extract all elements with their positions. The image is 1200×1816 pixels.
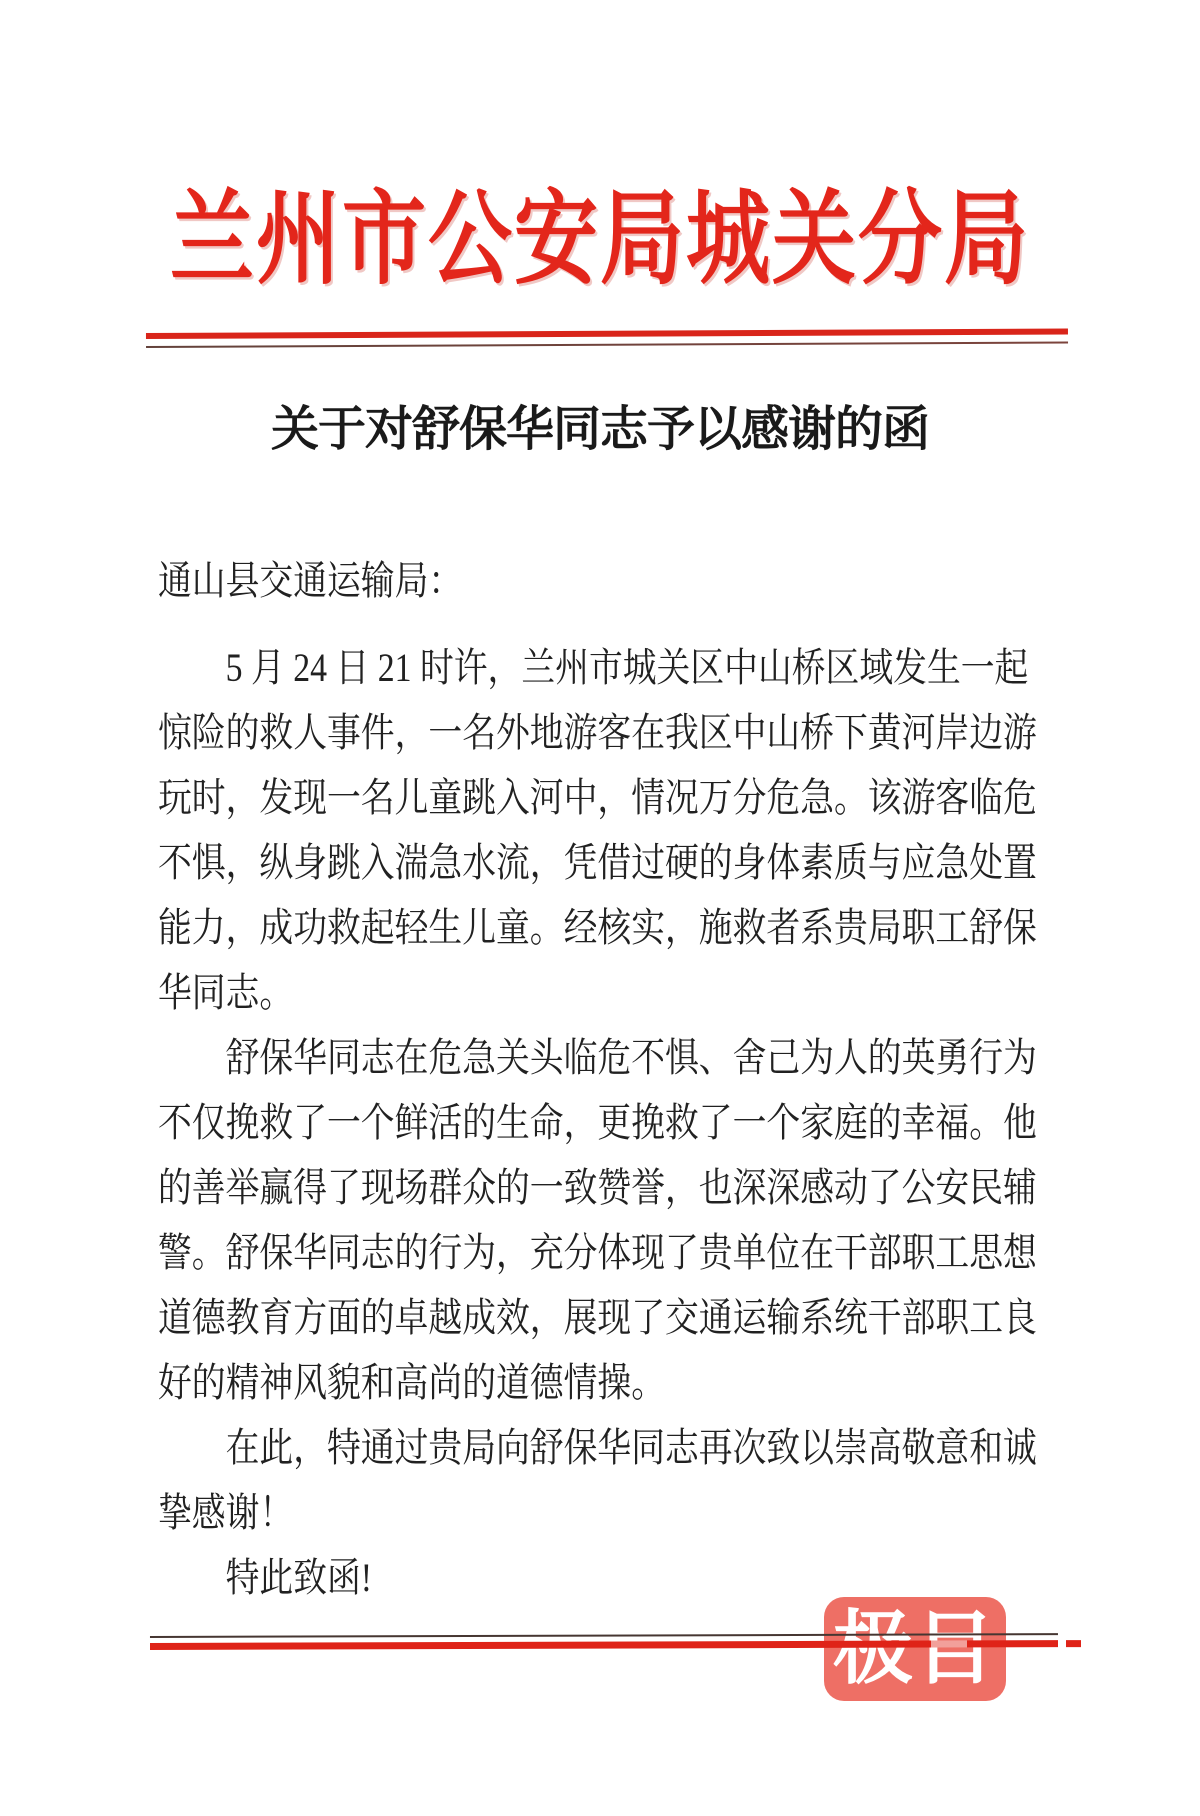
divider-thin-dark-line xyxy=(146,341,1068,348)
body-line: 在此，特通过贵局向舒保华同志再次致以崇高敬意和诚 xyxy=(158,1425,1037,1471)
footer-red-dash xyxy=(1066,1640,1081,1647)
document-title: 关于对舒保华同志予以感谢的函 xyxy=(0,402,1200,457)
letterhead-org-name: 兰州市公安局城关分局 xyxy=(0,190,1200,292)
body-line: 道德教育方面的卓越成效，展现了交通运输系统干部职工良 xyxy=(158,1295,1037,1341)
body-line: 好的精神风貌和高尚的道德情操。 xyxy=(158,1360,665,1406)
footer-divider xyxy=(150,1633,1058,1650)
watermark-text: 极目 xyxy=(833,1609,997,1689)
jimu-news-watermark: 极目 xyxy=(824,1597,1006,1701)
body-line: 舒保华同志在危急关头临危不惧、舍己为人的英勇行为 xyxy=(158,1035,1037,1081)
body-line: 警。舒保华同志的行为，充分体现了贵单位在干部职工思想 xyxy=(158,1230,1037,1276)
body-line: 能力，成功救起轻生儿童。经核实，施救者系贵局职工舒保 xyxy=(158,905,1037,951)
body-line: 5 月 24 日 21 时许，兰州市城关区中山桥区域发生一起 xyxy=(158,645,1028,691)
footer-thin-dark-line xyxy=(150,1633,1058,1638)
divider-thick-red-line xyxy=(146,328,1068,339)
body-line: 不惧，纵身跳入湍急水流，凭借过硬的身体素质与应急处置 xyxy=(158,840,1037,886)
body-line: 特此致函! xyxy=(158,1555,372,1601)
body-line: 不仅挽救了一个鲜活的生命，更挽救了一个家庭的幸福。他 xyxy=(158,1100,1037,1146)
body-line: 挚感谢！ xyxy=(158,1490,293,1536)
letterhead-divider xyxy=(146,328,1068,348)
body-line: 惊险的救人事件，一名外地游客在我区中山桥下黄河岸边游 xyxy=(158,710,1037,756)
scanned-letter-page: 兰州市公安局城关分局 关于对舒保华同志予以感谢的函 通山县交通运输局： 5 月 … xyxy=(0,0,1200,1816)
body-line: 玩时，发现一名儿童跳入河中，情况万分危急。该游客临危 xyxy=(158,775,1037,821)
body-line: 华同志。 xyxy=(158,970,293,1016)
recipient-salutation: 通山县交通运输局： xyxy=(158,558,462,604)
body-line: 的善举赢得了现场群众的一致赞誉，也深深感动了公安民辅 xyxy=(158,1165,1037,1211)
